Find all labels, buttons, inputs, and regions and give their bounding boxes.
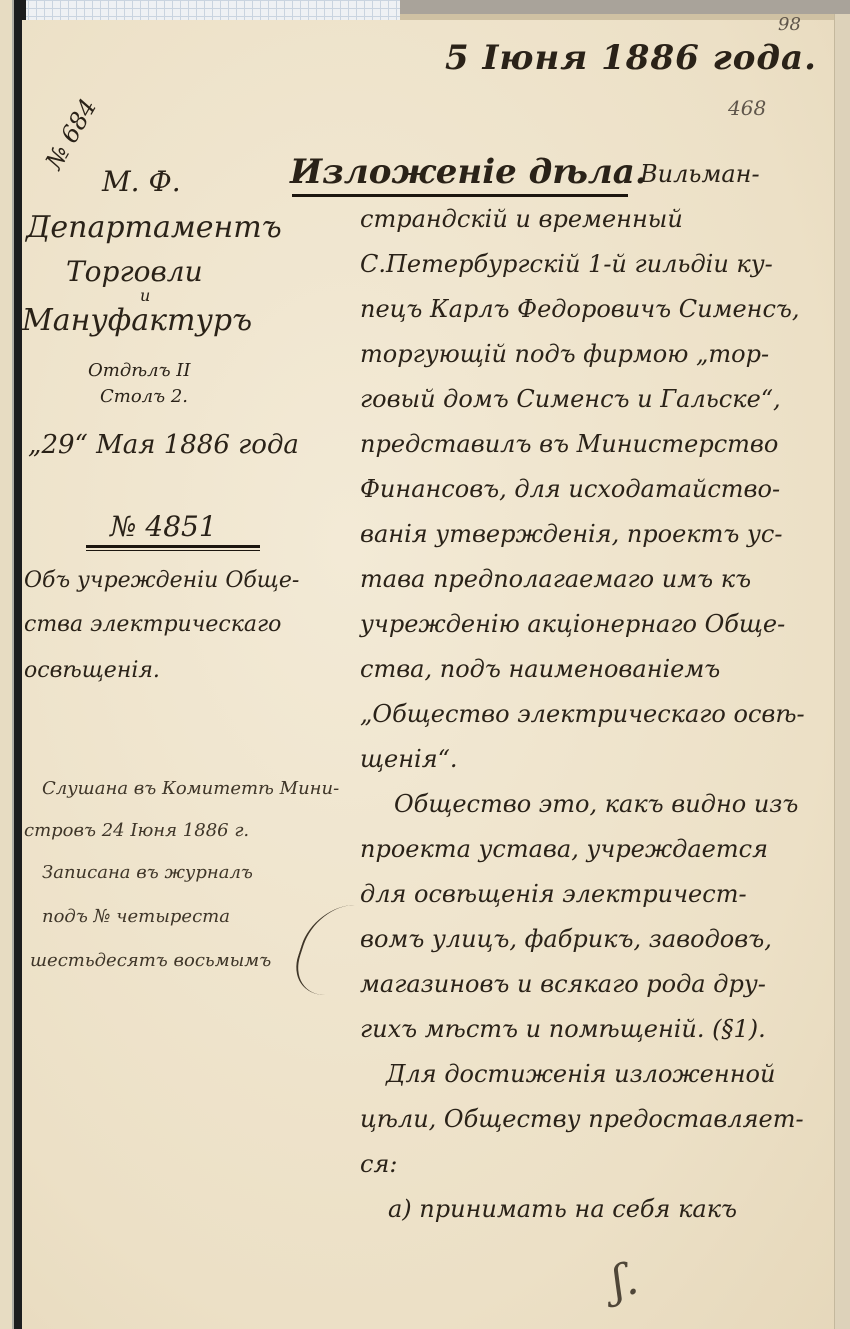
- body-line-7: представилъ въ Министерство: [360, 430, 778, 458]
- body-line-6: говый домъ Сименсъ и Гальске“,: [360, 385, 781, 413]
- resolution-line-2: стровъ 24 Іюня 1886 г.: [24, 820, 249, 841]
- right-page-edge: [834, 14, 850, 1329]
- body-line-24: а) принимать на себя какъ: [388, 1195, 737, 1223]
- body-line-12: ства, подъ наименованіемъ: [360, 655, 720, 683]
- body-line-9: ванія утвержденія, проектъ ус-: [360, 520, 782, 548]
- left-date: „29“ Мая 1886 года: [28, 430, 299, 460]
- document-title: Изложеніе дѣла.: [290, 152, 647, 192]
- subject-line-1: Объ учрежденіи Обще-: [24, 568, 299, 593]
- body-line-17: для освѣщенія электричест-: [360, 880, 747, 908]
- resolution-line-5: шестьдесятъ восьмымъ: [30, 950, 271, 971]
- body-line-18: вомъ улицъ, фабрикъ, заводовъ,: [360, 925, 772, 953]
- resolution-line-3: Записана въ журналъ: [42, 862, 253, 883]
- desk: Столъ 2.: [100, 386, 188, 407]
- department-line-2: Торговли: [66, 255, 203, 288]
- number-underline-thin: [86, 550, 260, 551]
- body-line-3: С.Петербургскій 1-й гильдіи ку-: [360, 250, 773, 278]
- body-line-16: проекта устава, учреждается: [360, 835, 768, 863]
- body-line-22: цѣли, Обществу предоставляет-: [360, 1105, 804, 1133]
- body-line-5: торгующій подъ фирмою „тор-: [360, 340, 769, 368]
- body-line-13: „Общество электрическаго освѣ-: [360, 700, 805, 728]
- folio-top-right: 98: [778, 14, 801, 35]
- resolution-line-4: подъ № четыреста: [42, 906, 230, 927]
- folio-number: 468: [728, 96, 766, 120]
- body-line-21: Для достиженія изложенной: [386, 1060, 775, 1088]
- department-line-4: Мануфактуръ: [22, 303, 252, 338]
- division: Отдѣлъ II: [88, 360, 191, 381]
- body-line-14: щенія“.: [360, 745, 458, 773]
- body-line-2: страндскій и временный: [360, 205, 683, 233]
- resolution-line-1: Слушана въ Комитетѣ Мини-: [42, 778, 339, 799]
- body-line-11: учрежденію акціонернаго Обще-: [360, 610, 785, 638]
- title-underline: [292, 194, 628, 197]
- document-number: № 4851: [110, 510, 217, 543]
- department-line-1: Департаментъ: [26, 210, 282, 245]
- body-line-10: тава предполагаемаго имъ къ: [360, 565, 751, 593]
- body-line-23: ся:: [360, 1150, 397, 1178]
- ministry-abbrev: М. Ф.: [102, 165, 181, 198]
- body-line-20: гихъ мѣстъ и помѣщеній. (§1).: [360, 1015, 766, 1043]
- number-underline: [86, 545, 260, 548]
- body-line-4: пецъ Карлъ Федоровичъ Сименсъ,: [360, 295, 800, 323]
- subject-line-2: ства электрическаго: [24, 612, 281, 637]
- binding-top-edge: [400, 0, 850, 14]
- body-line-15: Общество это, какъ видно изъ: [394, 790, 798, 818]
- body-line-8: Финансовъ, для исходатайство-: [360, 475, 780, 503]
- body-line-19: магазиновъ и всякаго рода дру-: [360, 970, 766, 998]
- graph-paper-strip: [20, 0, 400, 20]
- subject-line-3: освѣщенія.: [24, 658, 160, 683]
- body-line-1: Вильман-: [640, 160, 760, 188]
- header-date: 5 Іюня 1886 года.: [445, 38, 817, 78]
